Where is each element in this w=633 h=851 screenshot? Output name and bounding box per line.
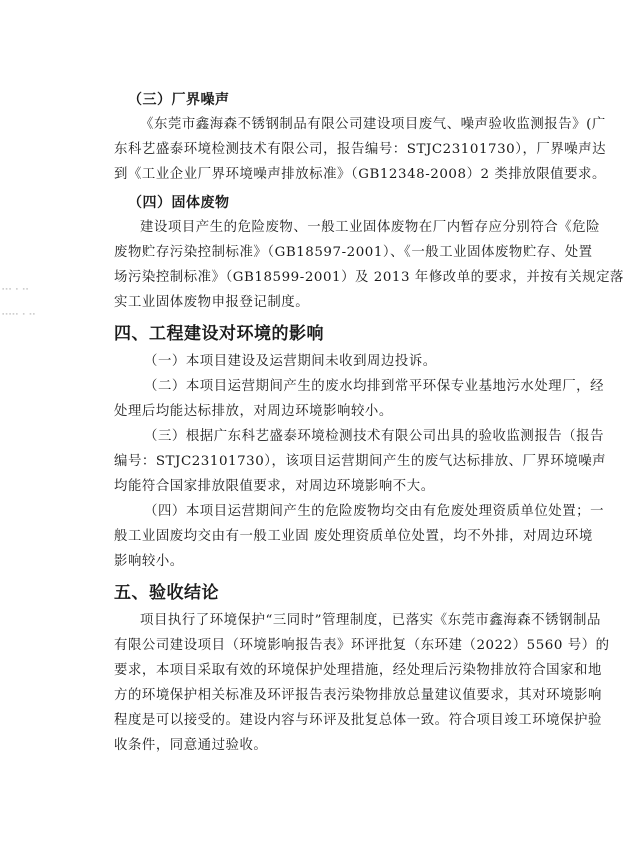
paragraph-wastewater: （二）本项目运营期间产生的废水均排到常平环保专业基地污水处理厂，经 处理后均能达…	[114, 374, 556, 424]
section-environmental-impact: 四、工程建设对环境的影响 （一）本项目建设及运营期间未收到周边投诉。 （二）本项…	[114, 321, 556, 574]
text-line: 要求，本项目采取有效的环境保护处理措施，经处理后污染物排放符合国家和地	[114, 658, 556, 683]
paragraph-complaints: （一）本项目建设及运营期间未收到周边投诉。	[114, 349, 556, 374]
text-line: 东科艺盛泰环境检测技术有限公司，报告编号：STJC23101730），厂界噪声达	[114, 137, 556, 162]
text-line: 到《工业企业厂界环境噪声排放标准》（GB12348-2008）2 类排放限值要求…	[114, 162, 556, 187]
scan-edge-mark: ▪▪▪ ▪ ▪▪	[2, 286, 29, 291]
text-line: 项目执行了环境保护“三同时”管理制度，已落实《东莞市鑫海森不锈钢制品	[114, 608, 556, 633]
text-line: 方的环境保护相关标准及环评报告表污染物排放总量建议值要求，其对环境影响	[114, 683, 556, 708]
subsection-solid-waste: （四）固体废物 建设项目产生的危险废物、一般工业固体废物在厂内暂存应分别符合《危…	[114, 191, 556, 315]
text-line: 《东莞市鑫海森不锈钢制品有限公司建设项目废气、噪声验收监测报告》(广	[114, 112, 556, 137]
text-line: （一）本项目建设及运营期间未收到周边投诉。	[114, 349, 556, 374]
text-line: 实工业固体废物申报登记制度。	[114, 290, 556, 315]
section-heading: 四、工程建设对环境的影响	[114, 321, 556, 347]
text-line: 收条件，同意通过验收。	[114, 733, 556, 758]
text-line: 程度是可以接受的。建设内容与环评及批复总体一致。符合项目竣工环境保护验	[114, 708, 556, 733]
paragraph-hazardous-waste: （四）本项目运营期间产生的危险废物均交由有危废处理资质单位处置；一 般工业固废均…	[114, 499, 556, 574]
text-line: 建设项目产生的危险废物、一般工业固体废物在厂内暂存应分别符合《危险	[114, 215, 556, 240]
subsection-factory-noise: （三）厂界噪声 《东莞市鑫海森不锈钢制品有限公司建设项目废气、噪声验收监测报告》…	[114, 88, 556, 187]
text-line: 编号：STJC23101730），该项目运营期间产生的废气达标排放、厂界环境噪声	[114, 449, 556, 474]
paragraph-conclusion: 项目执行了环境保护“三同时”管理制度，已落实《东莞市鑫海森不锈钢制品 有限公司建…	[114, 608, 556, 758]
text-line: 场污染控制标准》（GB18599-2001）及 2013 年修改单的要求，并按有…	[114, 265, 556, 290]
text-line: 有限公司建设项目（环境影响报告表》环评批复（东环建（2022）5560 号）的	[114, 633, 556, 658]
subsection-heading: （三）厂界噪声	[114, 88, 556, 112]
scan-edge-mark: ▪▪▪▪▪ ▪ ▪▪	[2, 311, 36, 316]
text-line: 处理后均能达标排放，对周边环境影响较小。	[114, 399, 556, 424]
document-page: （三）厂界噪声 《东莞市鑫海森不锈钢制品有限公司建设项目废气、噪声验收监测报告》…	[114, 88, 556, 758]
text-line: （四）本项目运营期间产生的危险废物均交由有危废处理资质单位处置；一	[114, 499, 556, 524]
text-line: 般工业固废均交由有一般工业固 废处理资质单位处置，均不外排，对周边环境	[114, 524, 556, 549]
text-line: （二）本项目运营期间产生的废水均排到常平环保专业基地污水处理厂，经	[114, 374, 556, 399]
text-line: 影响较小。	[114, 549, 556, 574]
text-line: 均能符合国家排放限值要求，对周边环境影响不大。	[114, 474, 556, 499]
text-line: （三）根据广东科艺盛泰环境检测技术有限公司出具的验收监测报告（报告	[114, 424, 556, 449]
paragraph-monitoring-report: （三）根据广东科艺盛泰环境检测技术有限公司出具的验收监测报告（报告 编号：STJ…	[114, 424, 556, 499]
subsection-heading: （四）固体废物	[114, 191, 556, 215]
section-heading: 五、验收结论	[114, 580, 556, 606]
section-acceptance-conclusion: 五、验收结论 项目执行了环境保护“三同时”管理制度，已落实《东莞市鑫海森不锈钢制…	[114, 580, 556, 758]
text-line: 废物贮存污染控制标准》（GB18597-2001）、《一般工业固体废物贮存、处置	[114, 240, 556, 265]
